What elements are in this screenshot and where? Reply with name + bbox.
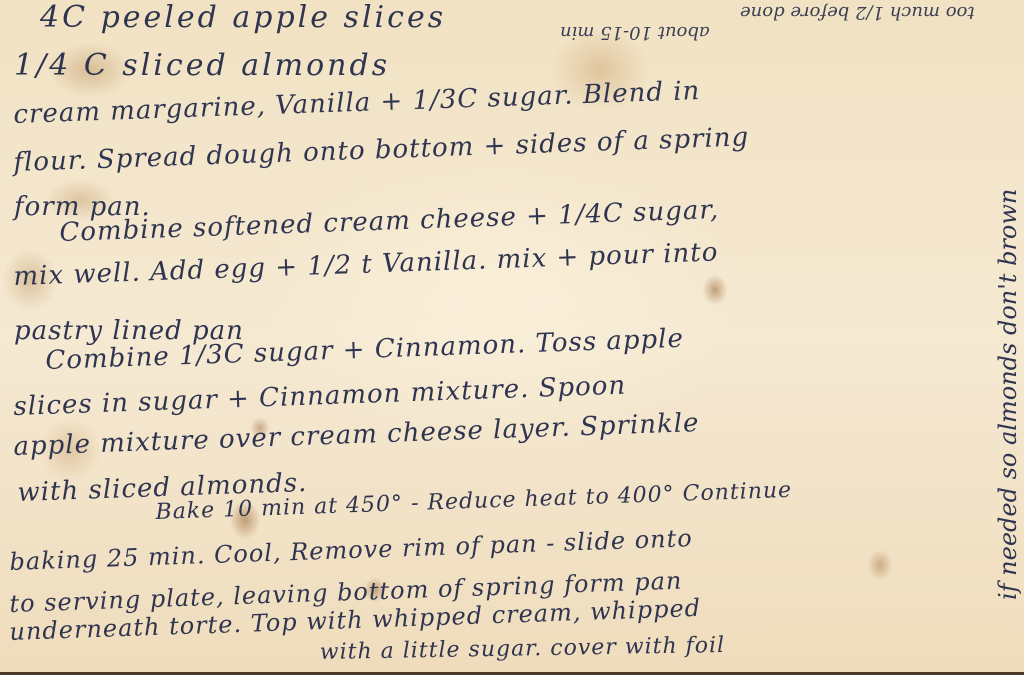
ingredient-almonds: 1/4 C sliced almonds (14, 48, 390, 83)
step-line-2: flour. Spread dough onto bottom + sides … (13, 122, 750, 178)
upside-note-1: too much 1/2 before done (740, 2, 975, 23)
step-line-15: with a little sugar. cover with foil (320, 633, 726, 665)
recipe-card: 4C peeled apple slices 1/4 C sliced almo… (0, 0, 1024, 675)
step-line-1: cream margarine, Vanilla + 1/3C sugar. B… (13, 76, 701, 130)
margin-note-vertical: if needed so almonds don't brown (994, 189, 1022, 600)
step-line-12: baking 25 min. Cool, Remove rim of pan -… (9, 524, 693, 576)
upside-note-2: about 10-15 min (560, 22, 710, 43)
ingredient-apples: 4C peeled apple slices (40, 0, 446, 35)
